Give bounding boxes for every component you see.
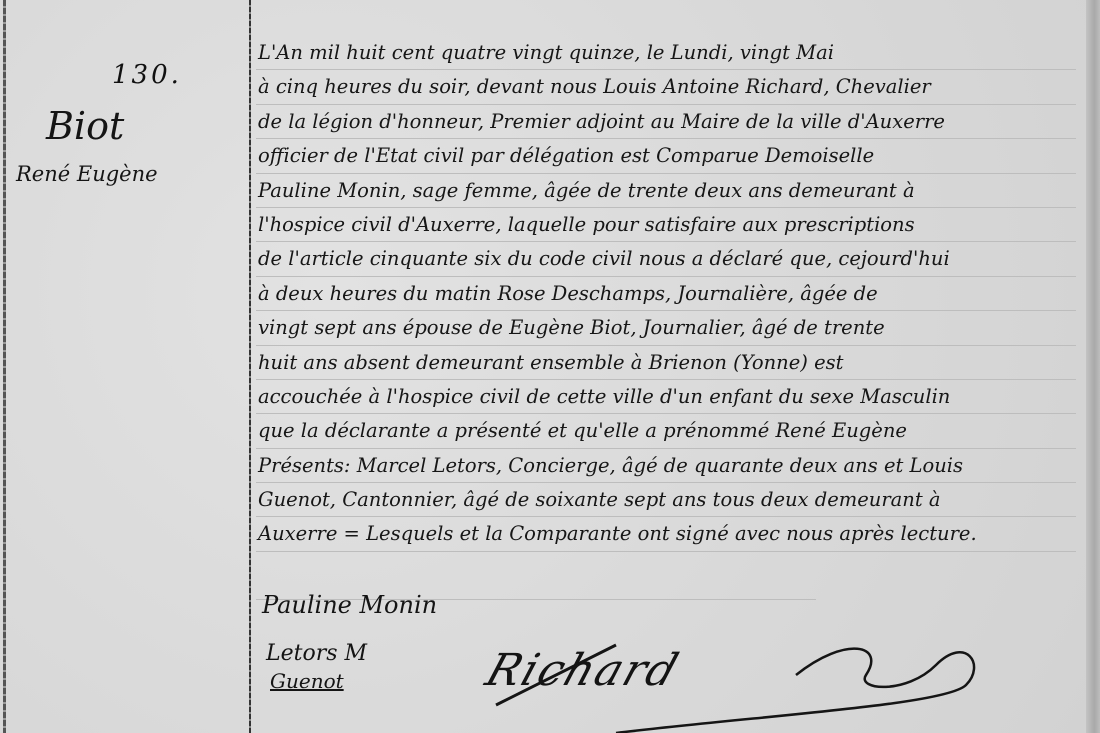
text-line: Présents: Marcel Letors, Concierge, âgé … <box>256 449 1076 483</box>
text-line-content: Pauline Monin, sage femme, âgée de trent… <box>258 174 915 208</box>
text-line: l'hospice civil d'Auxerre, laquelle pour… <box>256 208 1076 242</box>
text-line-content: que la déclarante a présenté et qu'elle … <box>258 414 907 448</box>
margin-given-names: René Eugène <box>16 162 158 186</box>
text-line-content: Présents: Marcel Letors, Concierge, âgé … <box>258 449 963 483</box>
text-line: Guenot, Cantonnier, âgé de soixante sept… <box>256 483 1076 517</box>
signature-witness-guenot: Guenot <box>270 669 344 693</box>
text-line: L'An mil huit cent quatre vingt quinze, … <box>256 36 1076 70</box>
signature-block: Pauline Monin Letors M Guenot Richard <box>256 585 1076 733</box>
text-line: de l'article cinquante six du code civil… <box>256 242 1076 276</box>
act-body: L'An mil huit cent quatre vingt quinze, … <box>256 36 1076 552</box>
text-line: huit ans absent demeurant ensemble à Bri… <box>256 346 1076 380</box>
text-line-content: accouchée à l'hospice civil de cette vil… <box>258 380 950 414</box>
text-line-content: à deux heures du matin Rose Deschamps, J… <box>258 277 878 311</box>
text-line-content: de la légion d'honneur, Premier adjoint … <box>258 105 945 139</box>
text-line-content: officier de l'Etat civil par délégation … <box>258 139 874 173</box>
text-line: officier de l'Etat civil par délégation … <box>256 139 1076 173</box>
signature-witness-letors: Letors M <box>266 641 367 666</box>
text-line: vingt sept ans épouse de Eugène Biot, Jo… <box>256 311 1076 345</box>
text-line-content: de l'article cinquante six du code civil… <box>258 242 950 276</box>
margin-column: 130. Biot René Eugène <box>0 0 248 733</box>
text-line-content: vingt sept ans épouse de Eugène Biot, Jo… <box>258 311 885 345</box>
margin-rule-line <box>249 0 251 733</box>
text-line-content: Auxerre = Lesquels et la Comparante ont … <box>258 517 977 551</box>
margin-surname: Biot <box>46 104 124 148</box>
page-right-edge-gutter <box>1086 0 1100 733</box>
text-line-content: Guenot, Cantonnier, âgé de soixante sept… <box>258 483 941 517</box>
text-line: Pauline Monin, sage femme, âgée de trent… <box>256 174 1076 208</box>
text-line: accouchée à l'hospice civil de cette vil… <box>256 380 1076 414</box>
act-number: 130. <box>112 60 182 90</box>
signature-officer: Richard <box>480 645 686 696</box>
register-page: 130. Biot René Eugène L'An mil huit cent… <box>0 0 1100 733</box>
text-line-content: l'hospice civil d'Auxerre, laquelle pour… <box>258 208 915 242</box>
text-line: que la déclarante a présenté et qu'elle … <box>256 414 1076 448</box>
text-line: de la légion d'honneur, Premier adjoint … <box>256 105 1076 139</box>
text-line-content: huit ans absent demeurant ensemble à Bri… <box>258 346 843 380</box>
signature-declarant: Pauline Monin <box>262 591 437 619</box>
text-line: Auxerre = Lesquels et la Comparante ont … <box>256 517 1076 551</box>
text-line-content: L'An mil huit cent quatre vingt quinze, … <box>258 36 834 70</box>
text-line: à deux heures du matin Rose Deschamps, J… <box>256 277 1076 311</box>
text-line: à cinq heures du soir, devant nous Louis… <box>256 70 1076 104</box>
text-line-content: à cinq heures du soir, devant nous Louis… <box>258 70 931 104</box>
